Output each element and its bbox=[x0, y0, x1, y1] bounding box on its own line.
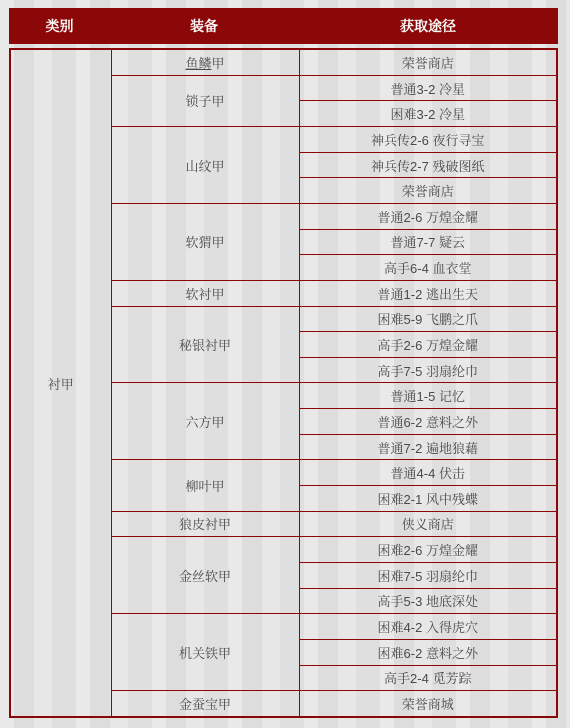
source-cell: 神兵传2-6 夜行寻宝 bbox=[299, 127, 557, 153]
source-cell: 困难3-2 冷星 bbox=[299, 101, 557, 127]
source-cell: 困难4-2 入得虎穴 bbox=[299, 614, 557, 640]
source-cell: 侠义商店 bbox=[299, 511, 557, 537]
source-cell: 普通1-2 逃出生天 bbox=[299, 280, 557, 306]
equipment-name-rest: 甲 bbox=[212, 56, 225, 71]
table-header: 类别 装备 获取途径 bbox=[9, 8, 558, 44]
page: { "colors": { "header_bg": "#8c0808", "b… bbox=[0, 0, 570, 728]
equipment-cell: 软猬甲 bbox=[111, 203, 299, 280]
source-cell: 困难2-6 万煌金耀 bbox=[299, 537, 557, 563]
source-cell: 荣誉商店 bbox=[299, 49, 557, 75]
source-cell: 普通7-2 遍地狼藉 bbox=[299, 434, 557, 460]
source-cell: 荣誉商城 bbox=[299, 691, 557, 717]
column-header-source: 获取途径 bbox=[298, 8, 558, 44]
equipment-cell: 锁子甲 bbox=[111, 75, 299, 126]
source-cell: 普通3-2 冷星 bbox=[299, 75, 557, 101]
equipment-cell: 山纹甲 bbox=[111, 127, 299, 204]
source-cell: 困难6-2 意料之外 bbox=[299, 639, 557, 665]
source-cell: 困难7-5 羽扇纶巾 bbox=[299, 562, 557, 588]
source-cell: 高手5-3 地底深处 bbox=[299, 588, 557, 614]
equipment-cell: 鱼鳞甲 bbox=[111, 49, 299, 75]
equipment-cell: 软衬甲 bbox=[111, 280, 299, 306]
equipment-cell: 秘银衬甲 bbox=[111, 306, 299, 383]
source-cell: 普通7-7 疑云 bbox=[299, 229, 557, 255]
source-cell: 高手2-6 万煌金耀 bbox=[299, 332, 557, 358]
equipment-table: 类别 装备 获取途径 衬甲鱼鳞甲荣誉商店锁子甲普通3-2 冷星困难3-2 冷星山… bbox=[9, 8, 558, 718]
equipment-cell: 柳叶甲 bbox=[111, 460, 299, 511]
category-cell: 衬甲 bbox=[10, 49, 111, 717]
source-cell: 高手7-5 羽扇纶巾 bbox=[299, 357, 557, 383]
source-cell: 高手2-4 觅芳踪 bbox=[299, 665, 557, 691]
source-cell: 普通2-6 万煌金耀 bbox=[299, 203, 557, 229]
equipment-cell: 机关铁甲 bbox=[111, 614, 299, 691]
column-header-equipment: 装备 bbox=[110, 8, 298, 44]
source-cell: 普通6-2 意料之外 bbox=[299, 409, 557, 435]
source-cell: 神兵传2-7 残破图纸 bbox=[299, 152, 557, 178]
equipment-cell: 狼皮衬甲 bbox=[111, 511, 299, 537]
equipment-cell: 金丝软甲 bbox=[111, 537, 299, 614]
table-row: 衬甲鱼鳞甲荣誉商店 bbox=[10, 49, 557, 75]
equipment-cell: 金蚕宝甲 bbox=[111, 691, 299, 717]
equipment-cell: 六方甲 bbox=[111, 383, 299, 460]
source-cell: 困难5-9 飞鹏之爪 bbox=[299, 306, 557, 332]
table-body: 衬甲鱼鳞甲荣誉商店锁子甲普通3-2 冷星困难3-2 冷星山纹甲神兵传2-6 夜行… bbox=[9, 48, 558, 718]
source-cell: 荣誉商店 bbox=[299, 178, 557, 204]
source-cell: 普通4-4 伏击 bbox=[299, 460, 557, 486]
equipment-link[interactable]: 鱼鳞 bbox=[185, 56, 211, 71]
column-header-category: 类别 bbox=[9, 8, 110, 44]
source-cell: 高手6-4 血衣堂 bbox=[299, 255, 557, 281]
source-cell: 困难2-1 风中残蝶 bbox=[299, 486, 557, 512]
source-cell: 普通1-5 记忆 bbox=[299, 383, 557, 409]
